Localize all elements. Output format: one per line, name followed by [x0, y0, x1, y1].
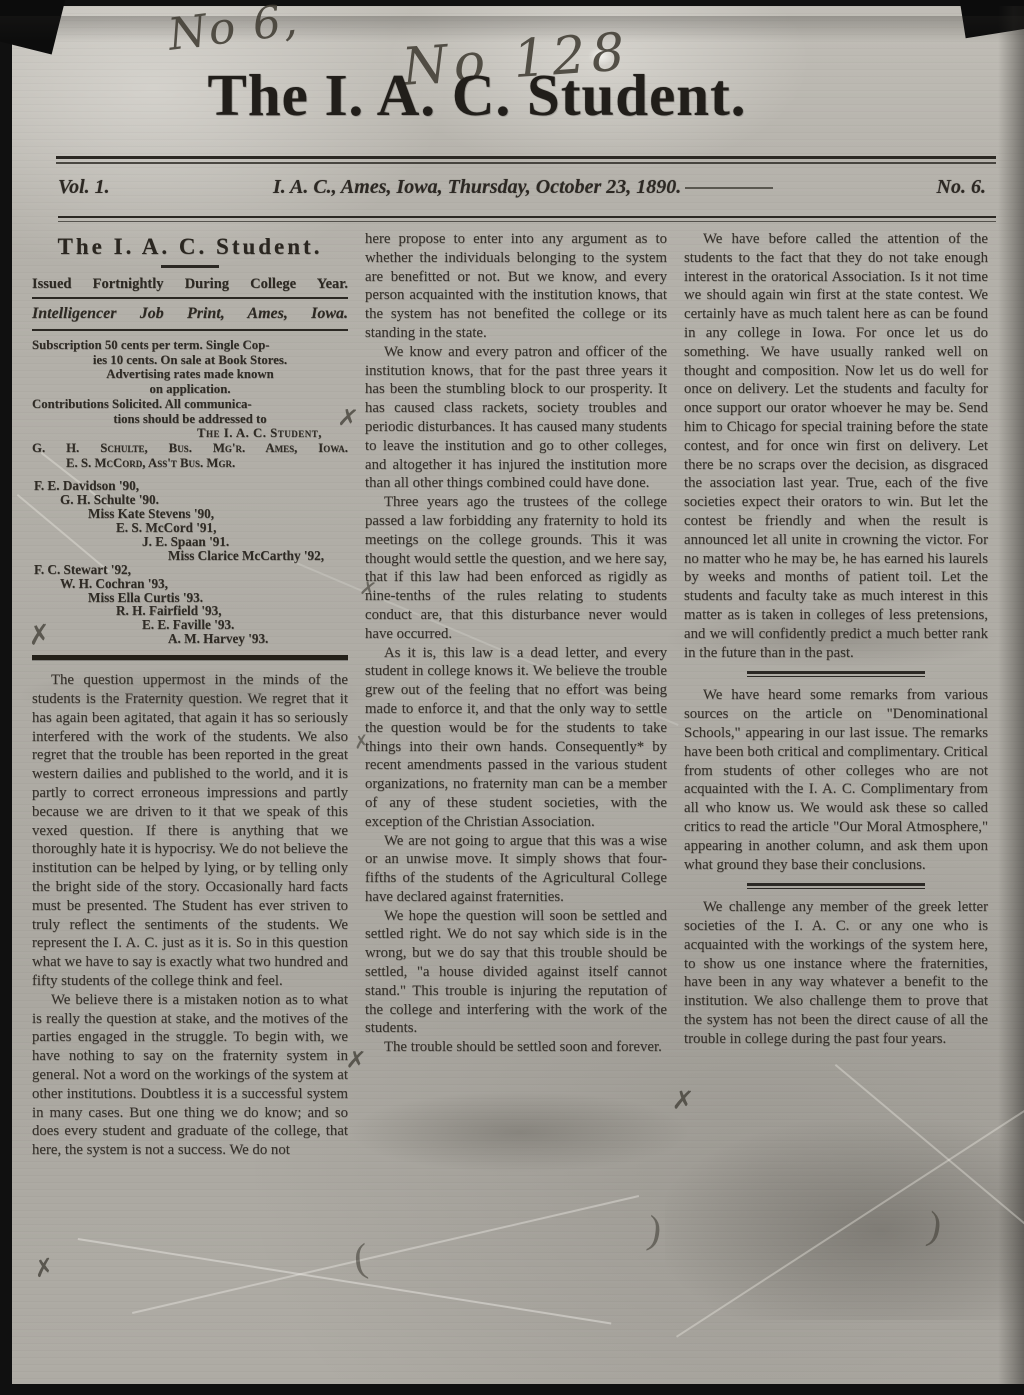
staff-line: W. H. Cochran '93, — [60, 577, 348, 591]
staff-line: J. E. Spaan '91. — [142, 535, 348, 549]
info-line: E. S. McCord, Ass't Bus. Mgr. — [32, 456, 348, 471]
staff-line: F. C. Stewart '92, — [34, 563, 348, 577]
staff-line: F. E. Davidson '90, — [34, 479, 348, 493]
dateline-dash-rule — [685, 187, 773, 189]
handwritten-x-mark: ✗ — [353, 733, 370, 753]
staff-line: E. E. Faville '93. — [142, 618, 348, 632]
article-paragraph: We hope the question will soon be settle… — [365, 907, 667, 1039]
masthead-rule — [56, 156, 996, 159]
info-line: tions should be addressed to — [32, 412, 348, 427]
mini-rule — [161, 265, 219, 268]
section-divider — [747, 671, 925, 677]
info-line: Advertising rates made known — [32, 367, 348, 382]
newspaper-title: The I. A. C. Student. — [0, 66, 954, 125]
article-columns: The I. A. C. Student. Issued Fortnightly… — [32, 230, 988, 1160]
printer-line: Intelligencer Job Print, Ames, Iowa. — [32, 304, 348, 331]
handwritten-x-mark: ✗ — [27, 621, 52, 650]
staff-line: G. H. Schulte '90. — [60, 493, 348, 507]
info-line: ies 10 cents. On sale at Book Stores. — [32, 353, 348, 368]
article-paragraph: Three years ago the trustees of the coll… — [365, 493, 667, 643]
staff-list: F. E. Davidson '90, G. H. Schulte '90. M… — [32, 479, 348, 646]
staff-line: Miss Clarice McCarthy '92, — [168, 549, 348, 563]
column-1: The I. A. C. Student. Issued Fortnightly… — [32, 230, 348, 1160]
page-edge-shadow — [998, 6, 1024, 1384]
dateline-volume: Vol. 1. — [58, 176, 110, 199]
info-line: on application. — [32, 382, 348, 397]
article-paragraph: here propose to enter into any argument … — [365, 230, 667, 343]
masthead-rule — [56, 162, 996, 164]
staff-line: Miss Ella Curtis '93. — [88, 591, 348, 605]
info-line: The I. A. C. Student, — [32, 426, 348, 441]
masthead-rule — [58, 216, 996, 218]
issued-line: Issued Fortnightly During College Year. — [32, 275, 348, 299]
article-paragraph: We have before called the attention of t… — [684, 230, 988, 662]
staff-line: R. H. Fairfield '93, — [116, 604, 348, 618]
staff-line: E. S. McCord '91, — [116, 521, 348, 535]
article-paragraph: We believe there is a mistaken notion as… — [32, 991, 348, 1160]
column-3: We have before called the attention of t… — [684, 230, 988, 1160]
staff-line: Miss Kate Stevens '90, — [88, 507, 348, 521]
info-line: Contributions Solicited. All communica- — [32, 397, 348, 412]
article-paragraph: The question uppermost in the minds of t… — [32, 671, 348, 991]
thick-rule — [32, 655, 348, 660]
article-paragraph: We challenge any member of the greek let… — [684, 898, 988, 1048]
article-paragraph: We are not going to argue that this was … — [365, 832, 667, 907]
handwritten-x-mark: ✗ — [345, 1047, 367, 1073]
dateline: Vol. 1. I. A. C., Ames, Iowa, Thursday, … — [58, 176, 990, 199]
dateline-issue: No. 6. — [937, 176, 990, 199]
handwritten-x-mark: ✗ — [671, 1087, 695, 1114]
article-paragraph: We know and every patron and officer of … — [365, 343, 667, 493]
article-paragraph: The trouble should be settled soon and f… — [365, 1038, 667, 1057]
article-paragraph: As it is, this law is a dead letter, and… — [365, 644, 667, 832]
handwritten-x-mark: ✗ — [32, 1254, 56, 1281]
column-2: here propose to enter into any argument … — [365, 230, 667, 1160]
handwritten-x-mark: ✗ — [336, 405, 359, 432]
article-paragraph: We have heard some remarks from various … — [684, 686, 988, 874]
dateline-location-date: I. A. C., Ames, Iowa, Thursday, October … — [110, 176, 937, 199]
publication-info: Subscription 50 cents per term. Single C… — [32, 338, 348, 470]
info-line: G. H. Schulte, Bus. Mg'r. Ames, Iowa. — [32, 441, 348, 456]
section-divider — [747, 883, 925, 889]
masthead-rule — [58, 221, 996, 222]
masthead-box-title: The I. A. C. Student. — [32, 234, 348, 260]
staff-line: A. M. Harvey '93. — [168, 632, 348, 646]
info-line: Subscription 50 cents per term. Single C… — [32, 338, 348, 353]
newspaper-scan-page: { "colors": { "paper": "#b3b0a9", "ink":… — [0, 0, 1024, 1395]
